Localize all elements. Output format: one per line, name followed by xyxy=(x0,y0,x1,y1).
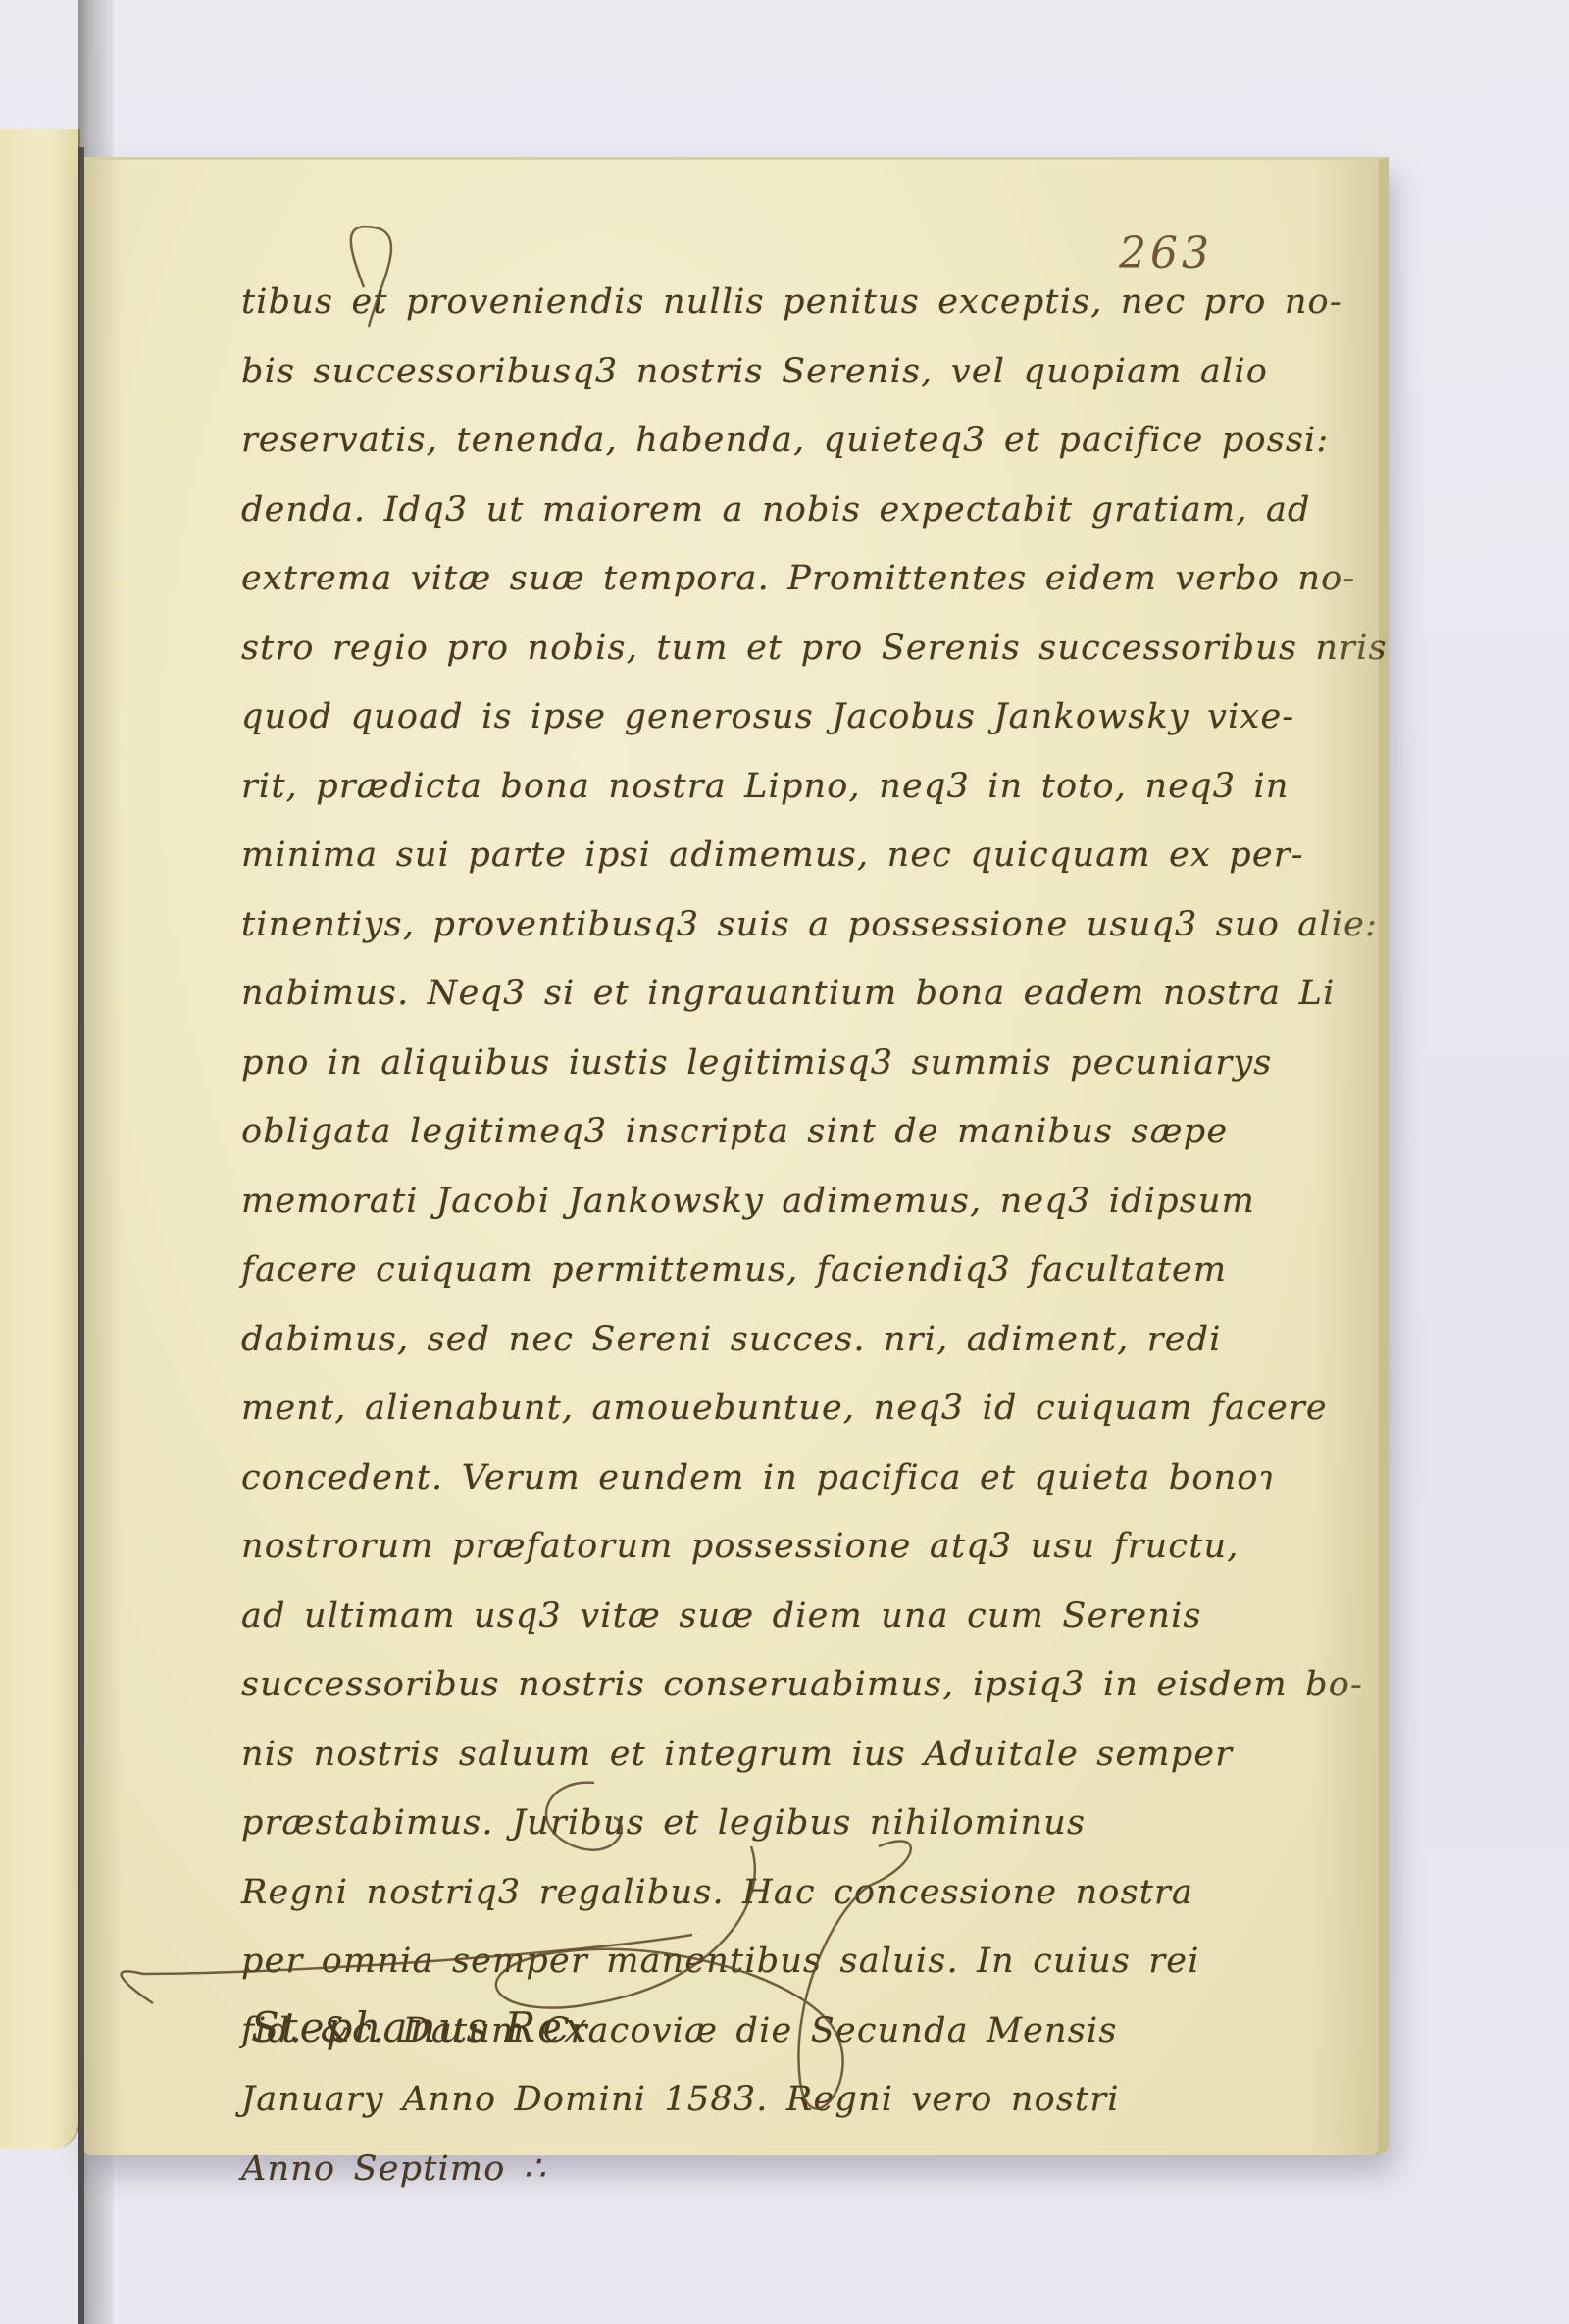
text-line: pno in aliquibus iustis legitimisq3 summ… xyxy=(241,1029,1300,1098)
text-line: minima sui parte ipsi adimemus, nec quic… xyxy=(241,821,1300,890)
text-line: stro regio pro nobis, tum et pro Serenis… xyxy=(241,614,1300,683)
text-line: obligata legitimeq3 inscripta sint de ma… xyxy=(241,1097,1300,1167)
text-line: ment, alienabunt, amouebuntue, neq3 id c… xyxy=(241,1374,1300,1443)
text-line: tinentiys, proventibusq3 suis a possessi… xyxy=(241,890,1300,960)
text-line: rit, prædicta bona nostra Lipno, neq3 in… xyxy=(241,752,1300,822)
text-line: per omnia semper manentibus saluis. In c… xyxy=(241,1927,1300,1996)
text-line: memorati Jacobi Jankowsky adimemus, neq3… xyxy=(241,1167,1300,1237)
text-line: dabimus, sed nec Sereni succes. nri, adi… xyxy=(241,1305,1300,1375)
text-line: ad ultimam usq3 vitæ suæ diem una cum Se… xyxy=(241,1582,1300,1651)
manuscript-text-block: tibus et proveniendis nullis penitus exc… xyxy=(241,268,1300,2203)
text-line: nis nostris saluum et integrum ius Aduit… xyxy=(241,1720,1300,1790)
text-line: reservatis, tenenda, habenda, quieteq3 e… xyxy=(241,406,1300,476)
text-line: præstabimus. Juribus et legibus nihilomi… xyxy=(241,1789,1300,1858)
royal-signature: Stephanus Rex xyxy=(251,2003,589,2051)
facing-page-edge xyxy=(0,129,80,2149)
text-line: denda. Idq3 ut maiorem a nobis expectabi… xyxy=(241,476,1300,545)
text-line: successoribus nostris conseruabimus, ips… xyxy=(241,1650,1300,1720)
text-line: nabimus. Neq3 si et ingrauantium bona ea… xyxy=(241,959,1300,1029)
text-line: quod quoad is ipse generosus Jacobus Jan… xyxy=(241,682,1300,752)
text-line: Anno Septimo ∴ xyxy=(241,2135,1300,2204)
text-line: bis successoribusq3 nostris Serenis, vel… xyxy=(241,337,1300,407)
text-line: extrema vitæ suæ tempora. Promittentes e… xyxy=(241,544,1300,614)
manuscript-page: 263 tibus et proveniendis nullis penitus… xyxy=(84,157,1389,2155)
text-line: tibus et proveniendis nullis penitus exc… xyxy=(241,268,1300,337)
text-line: Regni nostriq3 regalibus. Hac concession… xyxy=(241,1858,1300,1928)
text-line: facere cuiquam permittemus, faciendiq3 f… xyxy=(241,1236,1300,1305)
text-line: January Anno Domini 1583. Regni vero nos… xyxy=(241,2065,1300,2135)
text-line: nostrorum præfatorum possessione atq3 us… xyxy=(241,1512,1300,1582)
text-line: concedent. Verum eundem in pacifica et q… xyxy=(241,1443,1300,1513)
